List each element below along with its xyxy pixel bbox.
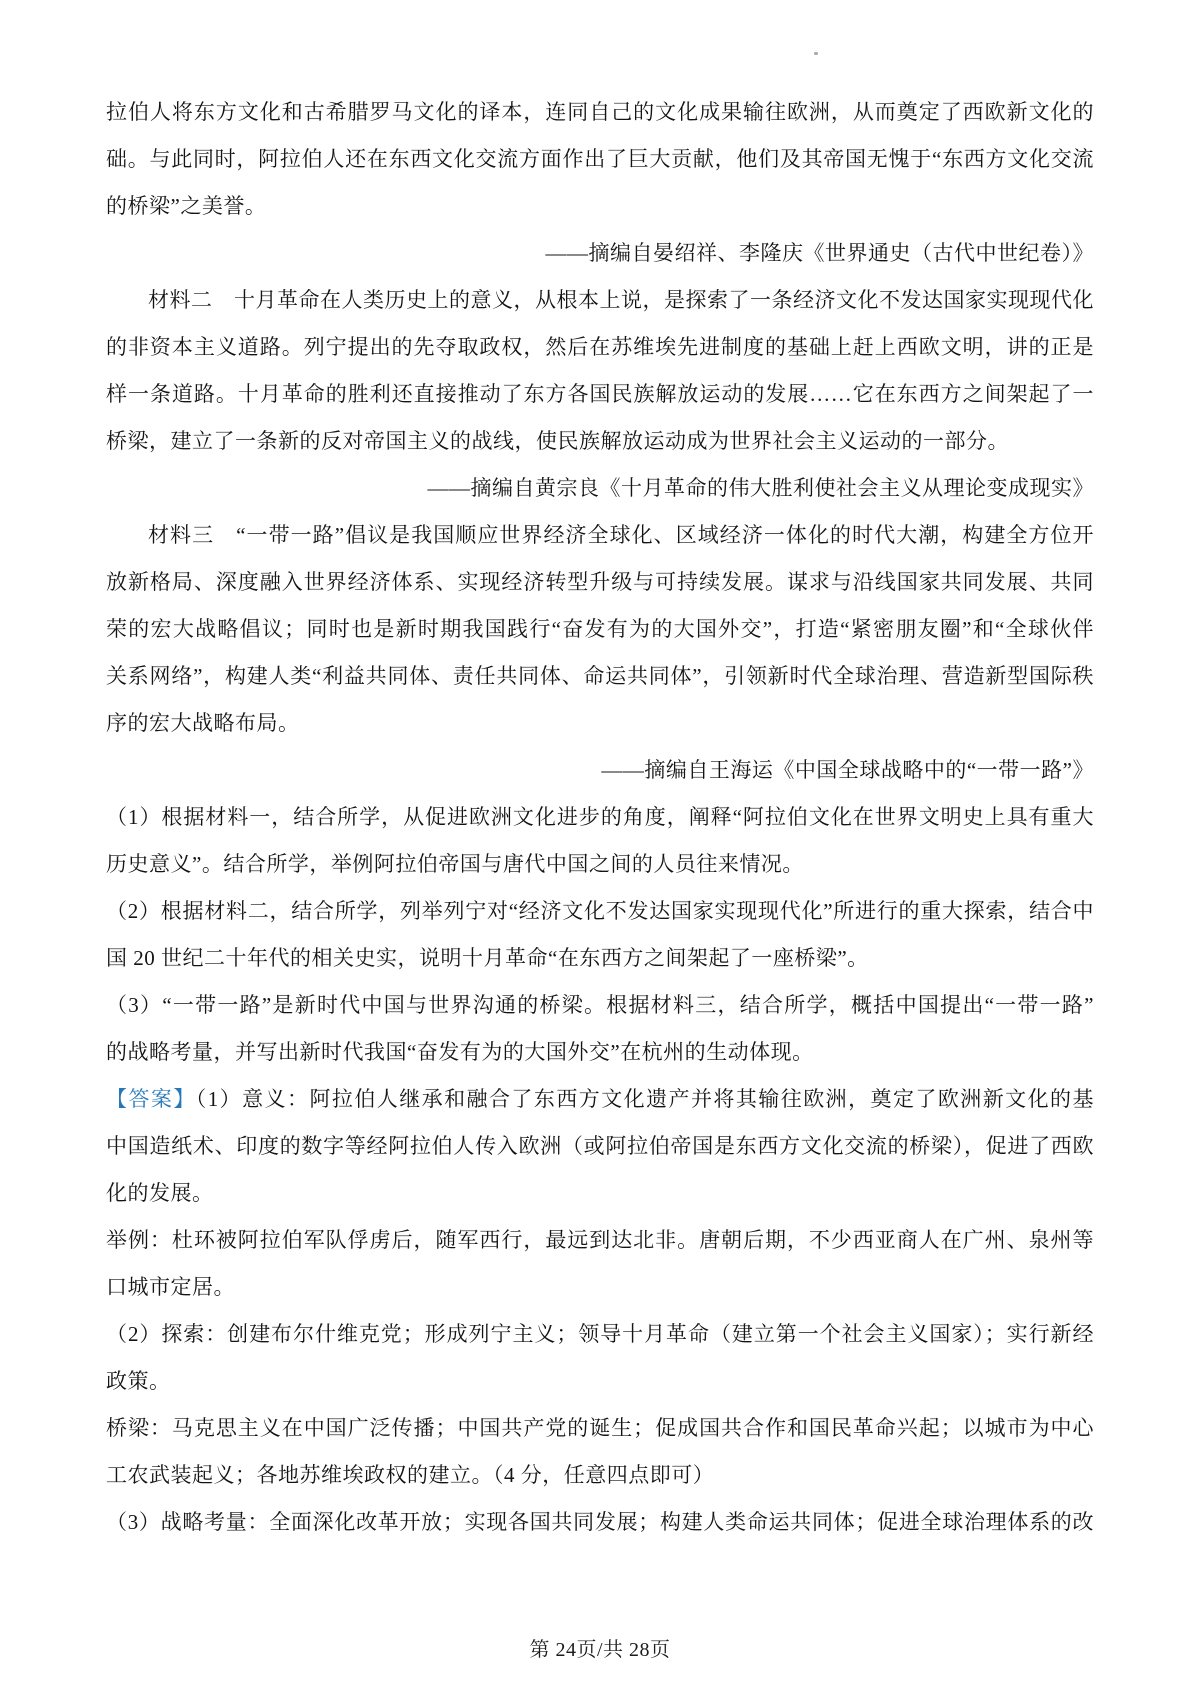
material-3-text-line: 材料三 “一带一路”倡议是我国顺应世界经济全球化、区域经济一体化的时代大潮，构建… — [106, 512, 1094, 559]
material-3-text-line: 序的宏大战略布局。 — [106, 700, 1094, 747]
material-1-text-line: 础。与此同时，阿拉伯人还在东西文化交流方面作出了巨大贡献，他们及其帝国无愧于“东… — [106, 136, 1094, 183]
material-2-source-attribution: ——摘编自黄宗良《十月革命的伟大胜利使社会主义从理论变成现实》 — [106, 465, 1094, 512]
material-2-text-line: 样一条道路。十月革命的胜利还直接推动了东方各国民族解放运动的发展……它在东西方之… — [106, 371, 1094, 418]
question-2-line: 国 20 世纪二十年代的相关史实，说明十月革命“在东西方之间架起了一座桥梁”。 — [106, 935, 1094, 982]
answer-line: 口城市定居。 — [106, 1264, 1094, 1311]
answer-1-text: （1）意义：阿拉伯人继承和融合了东西方文化遗产并将其输往欧洲，奠定了欧洲新文化的… — [106, 1087, 1094, 1123]
answer-line: 【答案】（1）意义：阿拉伯人继承和融合了东西方文化遗产并将其输往欧洲，奠定了欧洲… — [106, 1076, 1094, 1123]
material-3-text-line: 放新格局、深度融入世界经济体系、实现经济转型升级与可持续发展。谋求与沿线国家共同… — [106, 559, 1094, 606]
document-page: 拉伯人将东方文化和古希腊罗马文化的译本，连同自己的文化成果输往欧洲，从而奠定了西… — [0, 0, 1200, 1698]
page-number: 第 24页/共 28页 — [0, 1627, 1200, 1674]
material-1-source-attribution: ——摘编自晏绍祥、李隆庆《世界通史（古代中世纪卷）》 — [106, 230, 1094, 277]
material-2-text-line: 桥梁，建立了一条新的反对帝国主义的战线，使民族解放运动成为世界社会主义运动的一部… — [106, 418, 1094, 465]
material-3-text-line: 荣的宏大战略倡议；同时也是新时期我国践行“奋发有为的大国外交”，打造“紧密朋友圈… — [106, 606, 1094, 653]
question-1-line: 历史意义”。结合所学，举例阿拉伯帝国与唐代中国之间的人员往来情况。 — [106, 841, 1094, 888]
scan-artifact-dot — [814, 52, 818, 55]
material-3-source-attribution: ——摘编自王海运《中国全球战略中的“一带一路”》 — [106, 747, 1094, 794]
answer-line: 桥梁：马克思主义在中国广泛传播；中国共产党的诞生；促成国共合作和国民革命兴起；以… — [106, 1405, 1094, 1452]
document-body: 拉伯人将东方文化和古希腊罗马文化的译本，连同自己的文化成果输往欧洲，从而奠定了西… — [106, 89, 1094, 1546]
question-3-line: （3）“一带一路”是新时代中国与世界沟通的桥梁。根据材料三，结合所学，概括中国提… — [106, 982, 1094, 1029]
answer-line: （3）战略考量：全面深化改革开放；实现各国共同发展；构建人类命运共同体；促进全球… — [106, 1499, 1094, 1546]
material-1-text-line: 的桥梁”之美誉。 — [106, 183, 1094, 230]
answer-line: 政策。 — [106, 1358, 1094, 1405]
material-2-text-line: 材料二 十月革命在人类历史上的意义，从根本上说，是探索了一条经济文化不发达国家实… — [106, 277, 1094, 324]
answer-line: 中国造纸术、印度的数字等经阿拉伯人传入欧洲（或阿拉伯帝国是东西方文化交流的桥梁）… — [106, 1123, 1094, 1170]
material-3-text-line: 关系网络”，构建人类“利益共同体、责任共同体、命运共同体”，引领新时代全球治理、… — [106, 653, 1094, 700]
answer-line: 工农武装起义；各地苏维埃政权的建立。（4 分，任意四点即可） — [106, 1452, 1094, 1499]
material-2-text-line: 的非资本主义道路。列宁提出的先夺取政权，然后在苏维埃先进制度的基础上赶上西欧文明… — [106, 324, 1094, 371]
answer-line: 化的发展。 — [106, 1170, 1094, 1217]
answer-line: （2）探索：创建布尔什维克党；形成列宁主义；领导十月革命（建立第一个社会主义国家… — [106, 1311, 1094, 1358]
answer-label: 【答案】 — [106, 1087, 196, 1111]
material-1-text-line: 拉伯人将东方文化和古希腊罗马文化的译本，连同自己的文化成果输往欧洲，从而奠定了西… — [106, 89, 1094, 136]
question-3-line: 的战略考量，并写出新时代我国“奋发有为的大国外交”在杭州的生动体现。 — [106, 1029, 1094, 1076]
question-1-line: （1）根据材料一，结合所学，从促进欧洲文化进步的角度，阐释“阿拉伯文化在世界文明… — [106, 794, 1094, 841]
question-2-line: （2）根据材料二，结合所学，列举列宁对“经济文化不发达国家实现现代化”所进行的重… — [106, 888, 1094, 935]
answer-line: 举例：杜环被阿拉伯军队俘虏后，随军西行，最远到达北非。唐朝后期，不少西亚商人在广… — [106, 1217, 1094, 1264]
